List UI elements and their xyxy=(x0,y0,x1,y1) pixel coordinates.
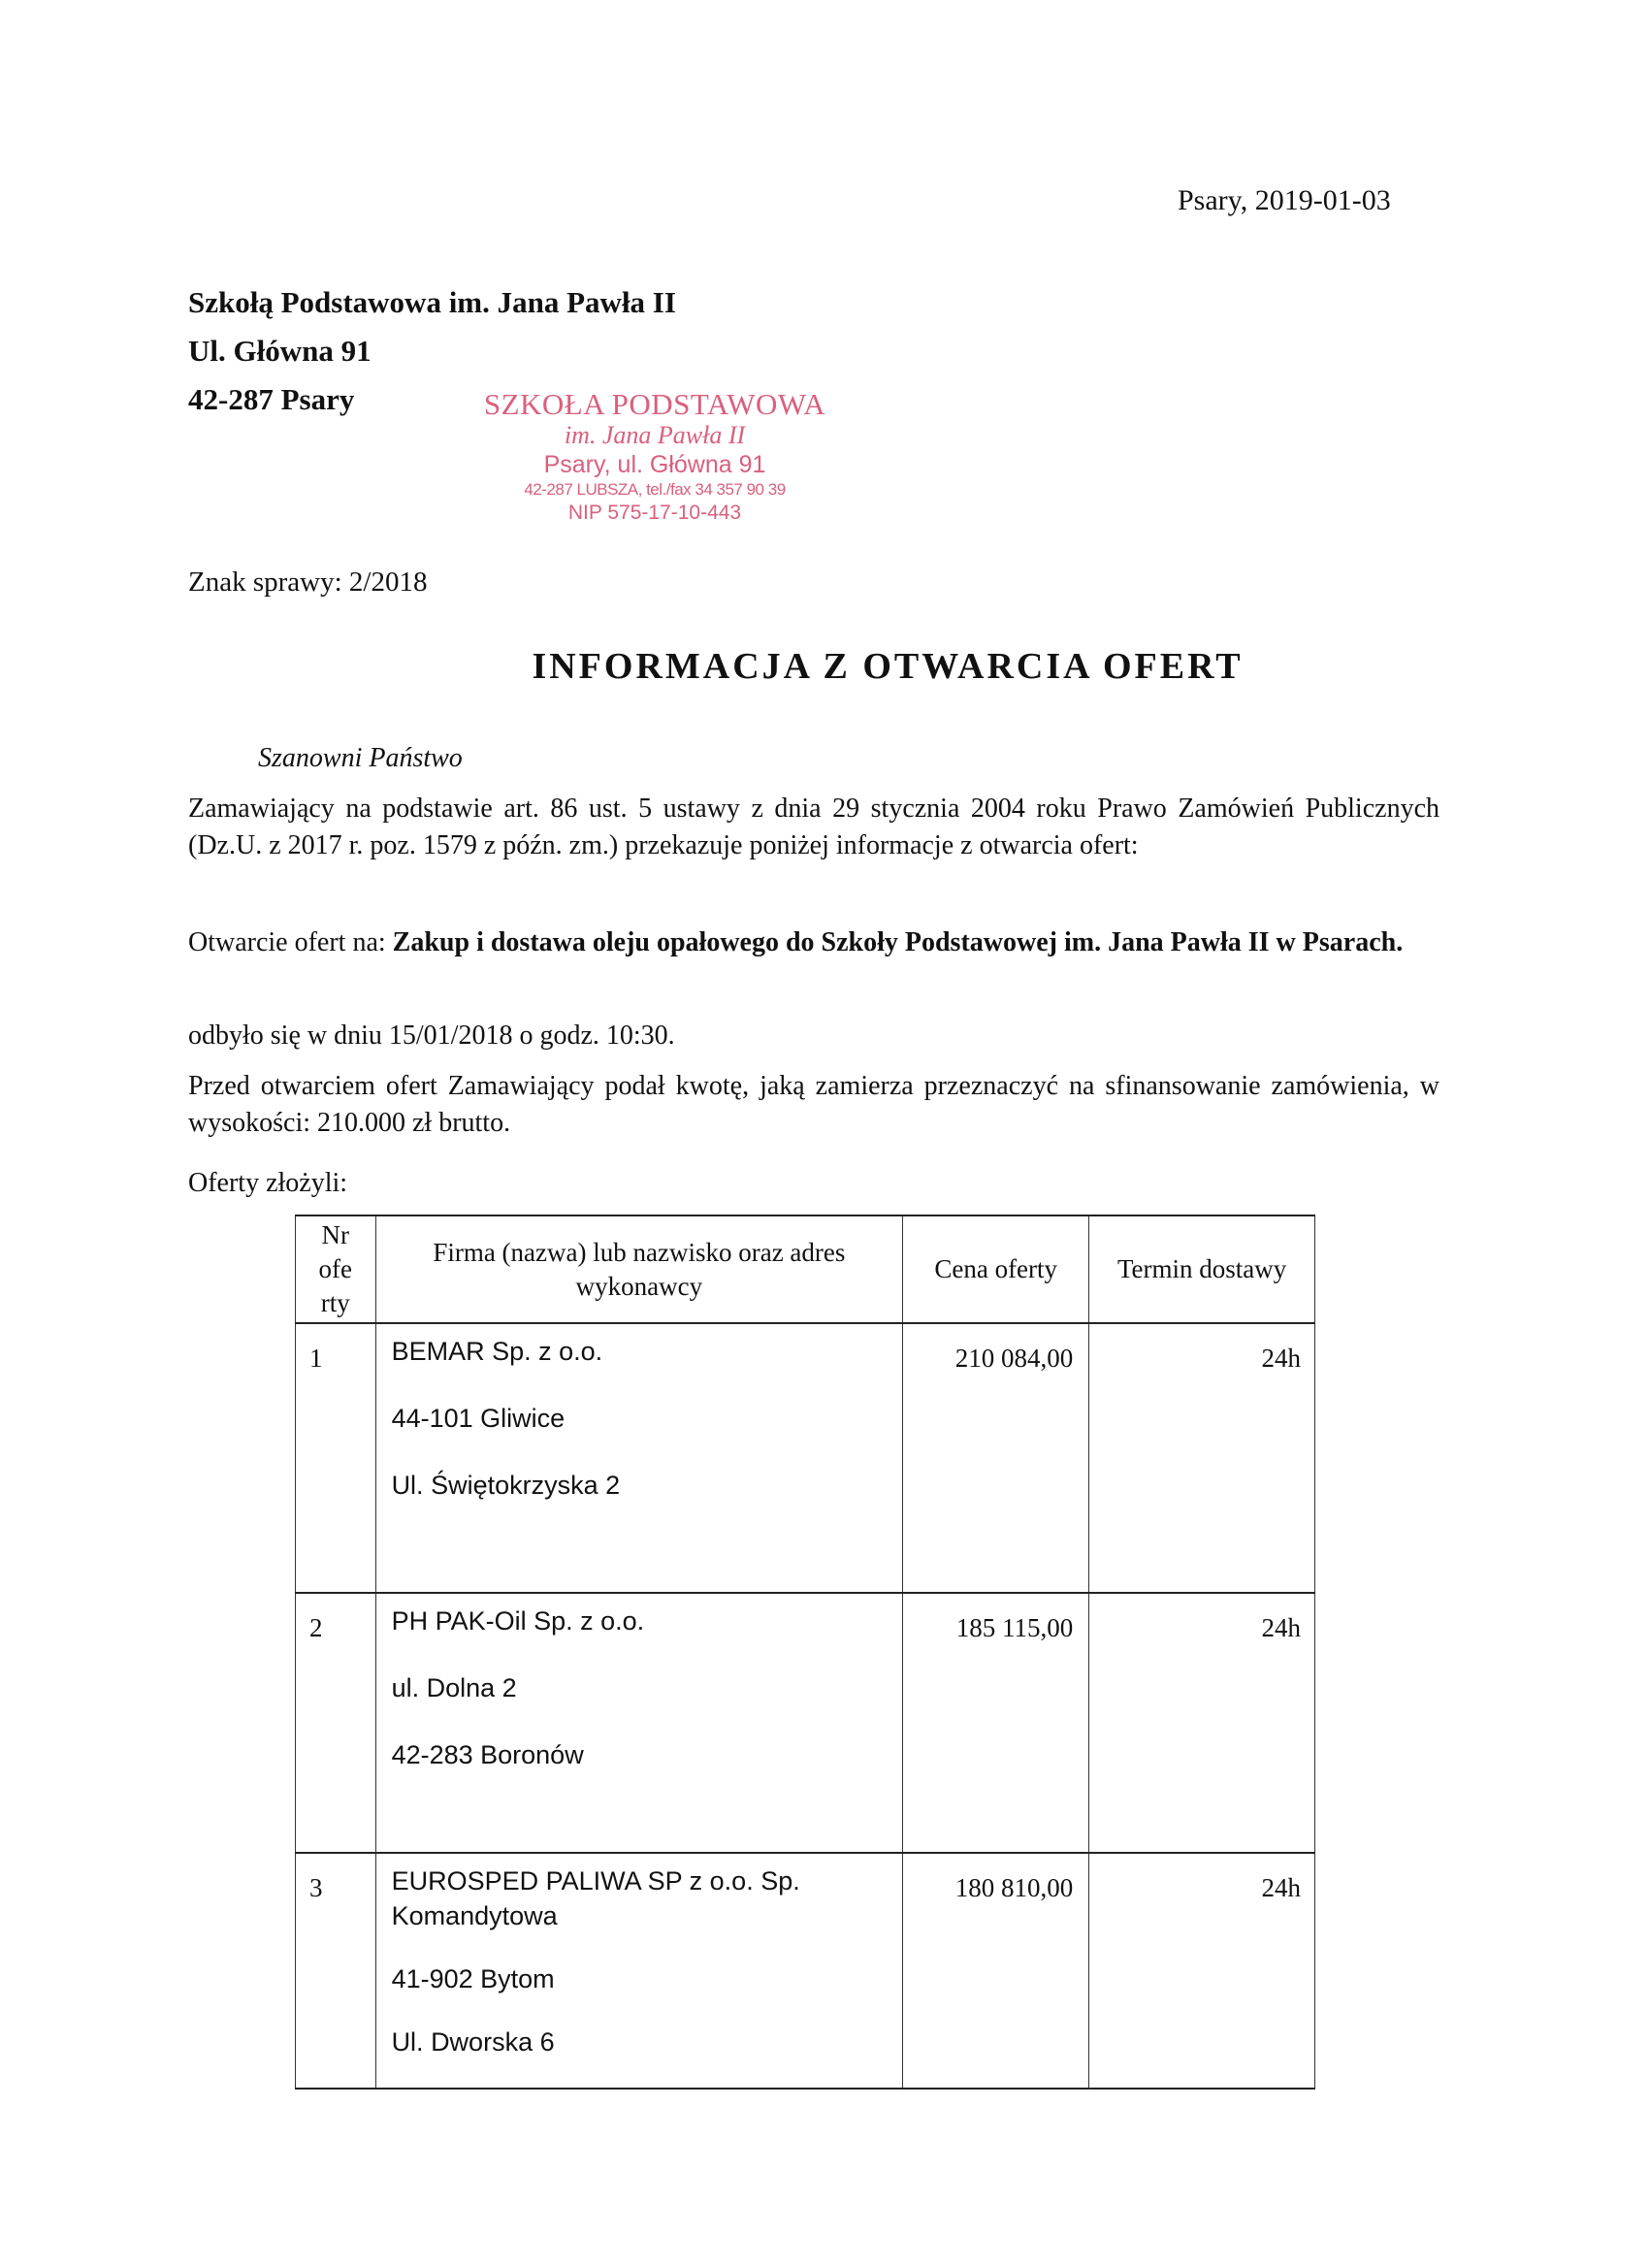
table-row: 1 BEMAR Sp. z o.o. 44-101 Gliwice Ul. Św… xyxy=(296,1323,1315,1593)
offer-price: 210 084,00 xyxy=(903,1323,1089,1593)
header-firm: Firma (nazwa) lub nazwisko oraz adres wy… xyxy=(375,1215,903,1323)
offer-firm: BEMAR Sp. z o.o. 44-101 Gliwice Ul. Świę… xyxy=(375,1323,903,1593)
firm-line: EUROSPED PALIWA SP z o.o. Sp. xyxy=(392,1863,888,1898)
official-stamp: SZKOŁA PODSTAWOWA im. Jana Pawła II Psar… xyxy=(461,388,849,526)
firm-line: Ul. Dworska 6 xyxy=(392,2025,888,2059)
firm-line: Komandytowa xyxy=(392,1898,888,1933)
table-row: 3 EUROSPED PALIWA SP z o.o. Sp. Komandyt… xyxy=(296,1853,1315,2089)
header-nr: Nroferty xyxy=(296,1215,376,1323)
firm-line: 42-283 Boronów xyxy=(392,1737,888,1772)
firm-line: BEMAR Sp. z o.o. xyxy=(392,1334,888,1369)
stamp-line-5: NIP 575-17-10-443 xyxy=(461,501,849,526)
offer-price: 185 115,00 xyxy=(903,1593,1089,1853)
stamp-line-4: 42-287 LUBSZA, tel./fax 34 357 90 39 xyxy=(461,479,849,501)
firm-line: ul. Dolna 2 xyxy=(392,1670,888,1705)
firm-line: 41-902 Bytom xyxy=(392,1961,888,1996)
offers-intro: Oferty złożyli: xyxy=(188,1165,1439,1202)
sender-street: Ul. Główna 91 xyxy=(188,327,676,375)
offers-table: Nroferty Firma (nazwa) lub nazwisko oraz… xyxy=(295,1215,1315,2090)
stamp-line-3: Psary, ul. Główna 91 xyxy=(461,450,849,479)
opening-prefix: Otwarcie ofert na: xyxy=(188,927,393,957)
offer-term: 24h xyxy=(1089,1593,1315,1853)
document-title: INFORMACJA Z OTWARCIA OFERT xyxy=(0,645,1649,688)
place-date: Psary, 2019-01-03 xyxy=(1178,184,1391,217)
offer-number: 1 xyxy=(296,1323,376,1593)
firm-line: 44-101 Gliwice xyxy=(392,1401,888,1436)
opening-subject-paragraph: Otwarcie ofert na: Zakup i dostawa oleju… xyxy=(188,924,1439,961)
header-term: Termin dostawy xyxy=(1089,1215,1315,1323)
offer-firm: PH PAK-Oil Sp. z o.o. ul. Dolna 2 42-283… xyxy=(375,1593,903,1853)
firm-line: Ul. Świętokrzyska 2 xyxy=(392,1468,888,1503)
opening-subject: Zakup i dostawa oleju opałowego do Szkoł… xyxy=(393,927,1404,957)
stamp-line-2: im. Jana Pawła II xyxy=(461,421,849,450)
sender-name: Szkołą Podstawowa im. Jana Pawła II xyxy=(188,278,676,327)
budget-paragraph: Przed otwarciem ofert Zamawiający podał … xyxy=(188,1068,1439,1142)
greeting: Szanowni Państwo xyxy=(258,743,463,774)
offer-price: 180 810,00 xyxy=(903,1853,1089,2089)
offer-number: 2 xyxy=(296,1593,376,1853)
table-row: 2 PH PAK-Oil Sp. z o.o. ul. Dolna 2 42-2… xyxy=(296,1593,1315,1853)
table-header-row: Nroferty Firma (nazwa) lub nazwisko oraz… xyxy=(296,1215,1315,1323)
case-number: Znak sprawy: 2/2018 xyxy=(188,567,427,599)
firm-line: PH PAK-Oil Sp. z o.o. xyxy=(392,1604,888,1638)
header-price: Cena oferty xyxy=(903,1215,1089,1323)
offer-term: 24h xyxy=(1089,1853,1315,2089)
offer-number: 3 xyxy=(296,1853,376,2089)
legal-basis-paragraph: Zamawiający na podstawie art. 86 ust. 5 … xyxy=(188,791,1439,864)
stamp-line-1: SZKOŁA PODSTAWOWA xyxy=(461,388,849,421)
opening-time-paragraph: odbyło się w dniu 15/01/2018 o godz. 10:… xyxy=(188,1018,1439,1054)
offer-term: 24h xyxy=(1089,1323,1315,1593)
offer-firm: EUROSPED PALIWA SP z o.o. Sp. Komandytow… xyxy=(375,1853,903,2089)
